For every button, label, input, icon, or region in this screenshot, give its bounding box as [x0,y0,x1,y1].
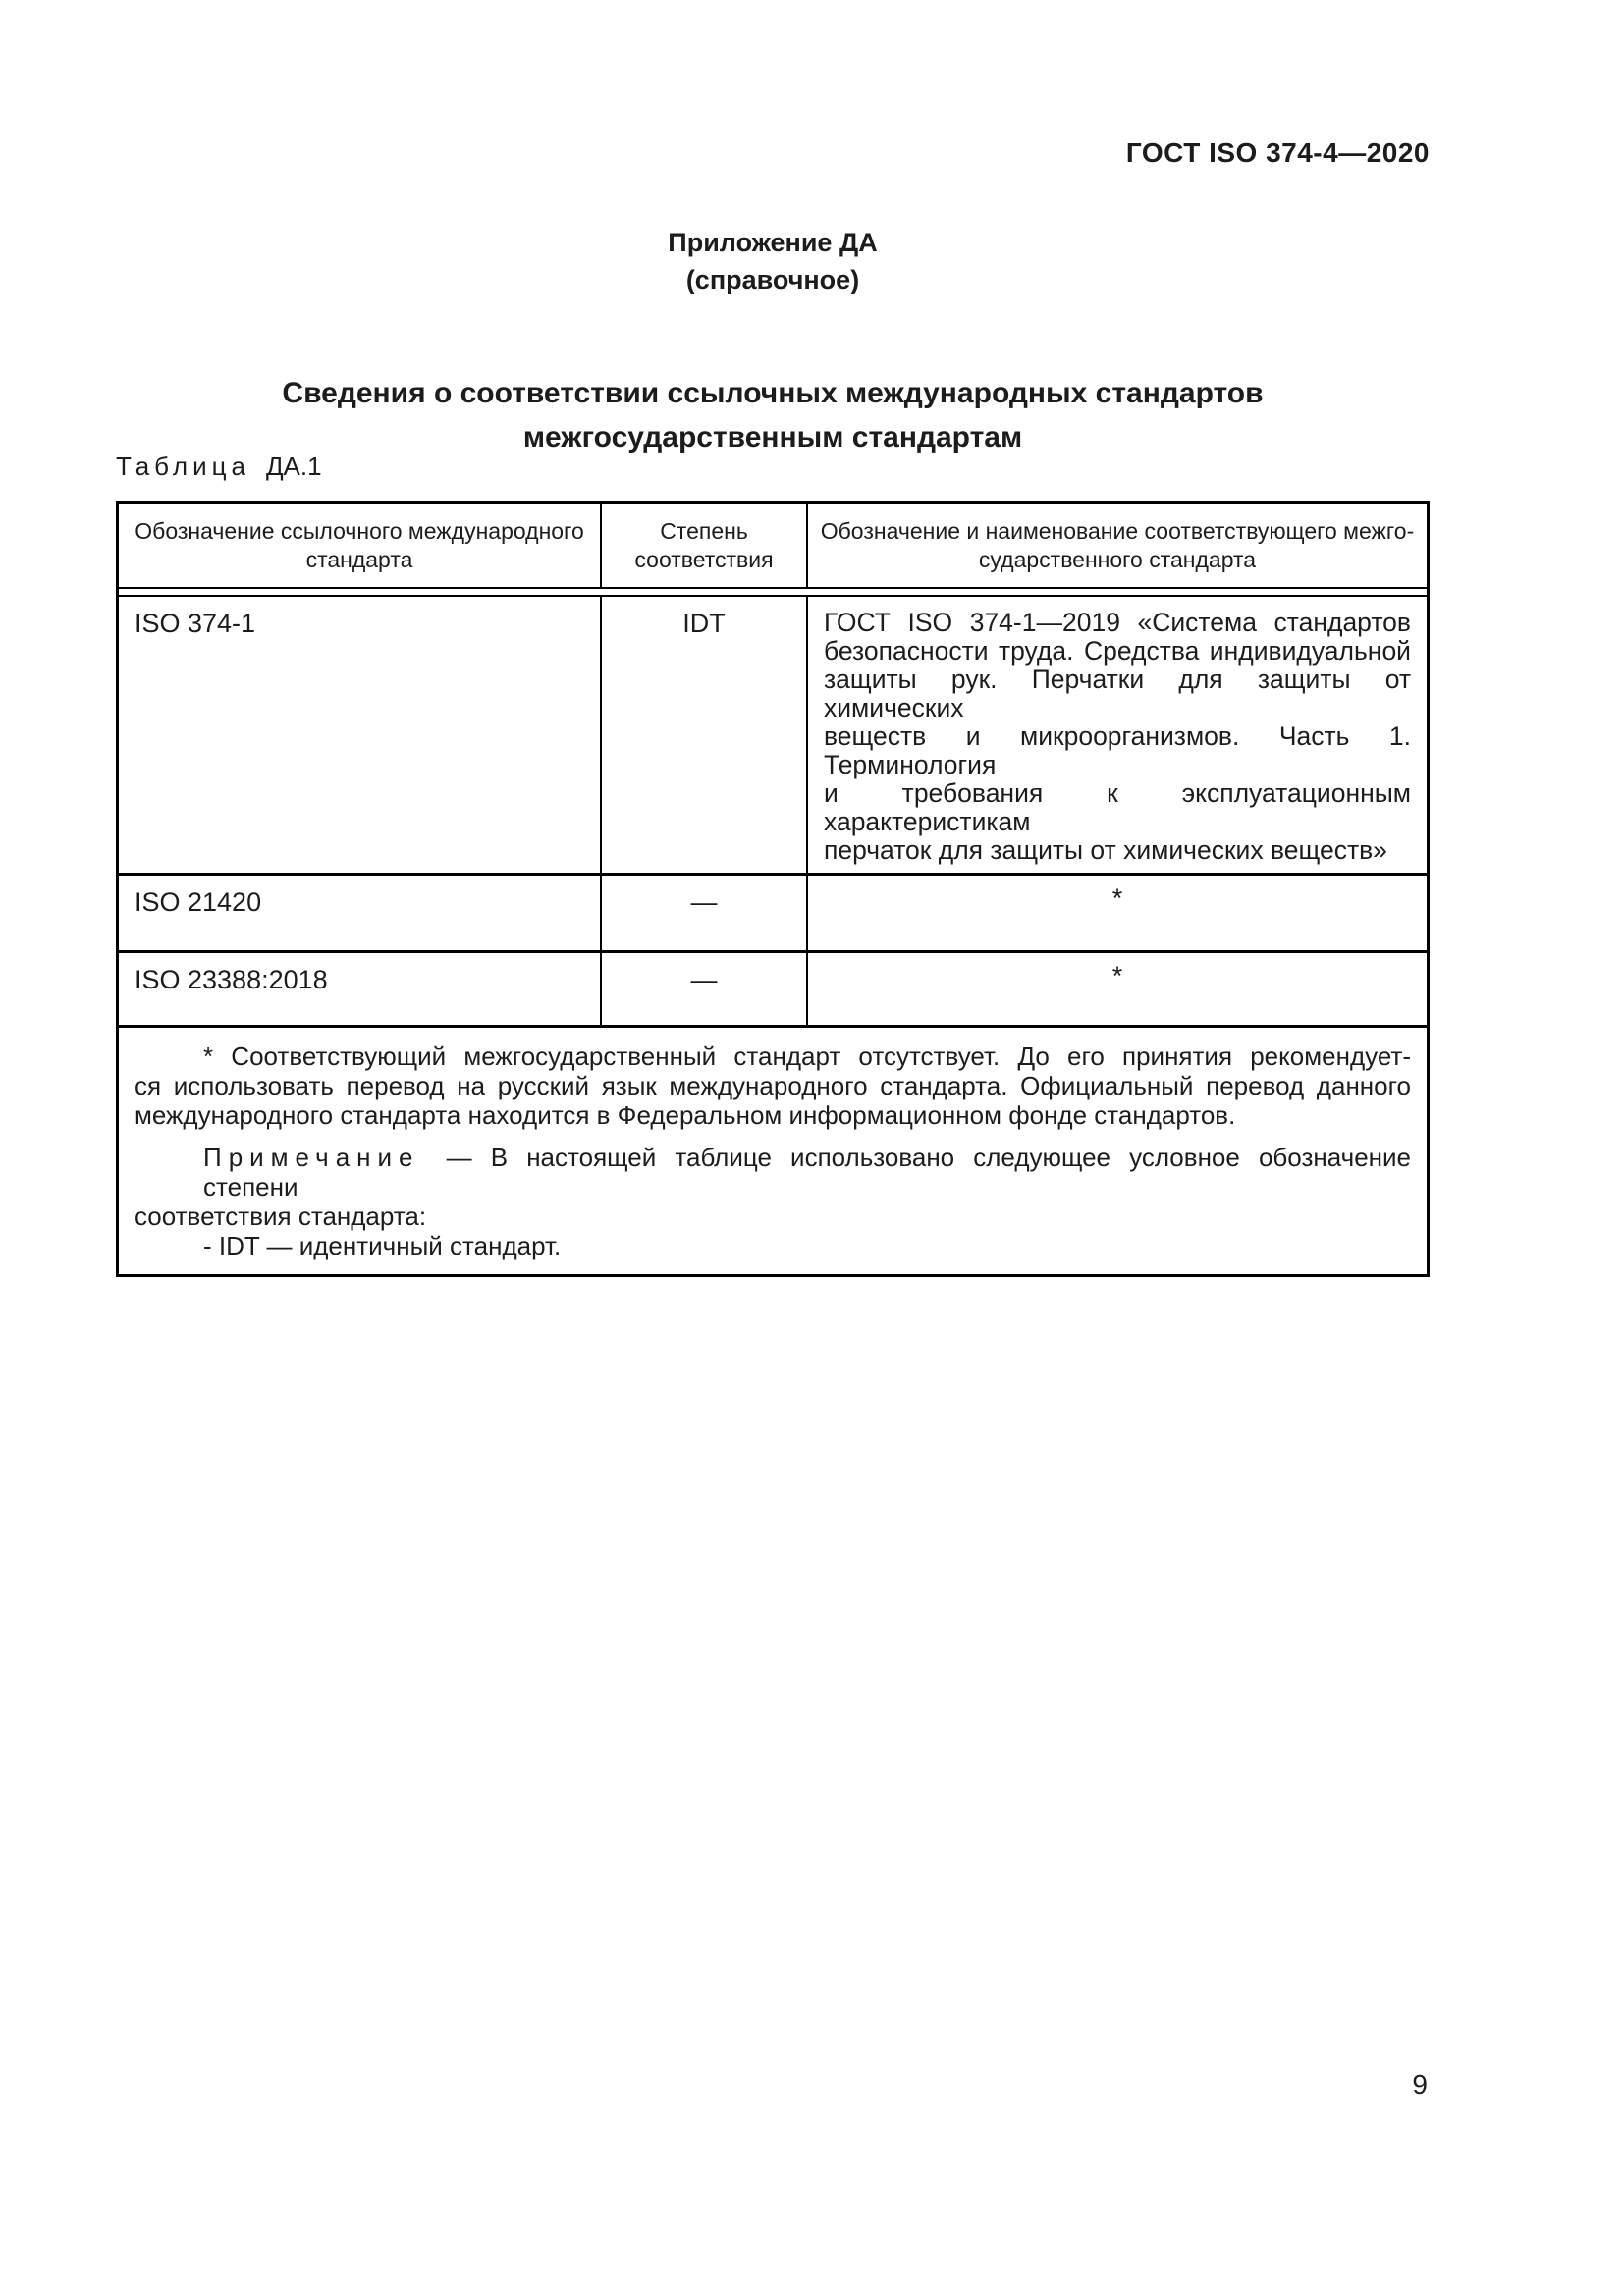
cell-reference-standard: ISO 374-1 [119,597,602,873]
cell-reference-standard: ISO 21420 [119,876,602,950]
note-line: соответствия стандарта: [135,1201,1411,1231]
table-caption: ТаблицаДА.1 [116,452,322,482]
cell-interstate-standard: ГОСТ ISO 374-1—2019 «Система стандартов … [808,597,1427,873]
cell-interstate-standard: * [808,953,1427,1025]
running-header: ГОСТ ISO 374-4—2020 [1126,137,1430,169]
table-row: ISO 374-1 IDT ГОСТ ISO 374-1—2019 «Систе… [119,597,1427,873]
cell-reference-standard: ISO 23388:2018 [119,953,602,1025]
interstate-line: и требования к эксплуатационным характер… [824,779,1411,836]
appendix-heading: Приложение ДА (справочное) [116,224,1430,298]
document-page: ГОСТ ISO 374-4—2020 Приложение ДА (справ… [0,0,1624,2296]
column-header-interstate-standard: Обозначение и наименование соответствующ… [808,504,1427,587]
note-item: - IDT — идентичный стандарт. [135,1231,1411,1260]
cell-degree: — [602,876,808,950]
section-title: Сведения о соответствии ссылочных междун… [116,371,1430,459]
cell-interstate-standard: * [808,876,1427,950]
footnote-line: международного стандарта находится в Фед… [135,1100,1411,1130]
footnote-line: ся использовать перевод на русский язык … [135,1071,1411,1100]
note-line: Примечание — В настоящей таблице использ… [135,1143,1411,1201]
appendix-subtitle: (справочное) [116,261,1430,298]
page-number: 9 [1412,2069,1428,2101]
table-row: ISO 21420 — * [119,873,1427,950]
column-header-degree: Степень соответствия [602,504,808,587]
footnote-line: * Соответствующий межгосударственный ста… [135,1041,1411,1071]
note-label: Примечание [203,1143,420,1172]
correspondence-table: Обозначение ссылочного международного ст… [116,501,1430,1277]
section-title-line1: Сведения о соответствии ссылочных междун… [116,371,1430,415]
table-footnotes: * Соответствующий межгосударственный ста… [119,1025,1427,1274]
appendix-title: Приложение ДА [116,224,1430,261]
column-header-reference-standard: Обозначение ссылочного международного ст… [119,504,602,587]
interstate-line: защиты рук. Перчатки для защиты от химич… [824,666,1411,722]
interstate-line: безопасности труда. Средства индивидуаль… [824,637,1411,666]
header-double-rule [119,587,1427,597]
table-caption-number: ДА.1 [266,452,322,481]
table-header-row: Обозначение ссылочного международного ст… [119,504,1427,587]
cell-degree: IDT [602,597,808,873]
interstate-line: ГОСТ ISO 374-1—2019 «Система стандартов [824,609,1411,637]
interstate-line: веществ и микроорганизмов. Часть 1. Терм… [824,722,1411,779]
cell-degree: — [602,953,808,1025]
table-row: ISO 23388:2018 — * [119,950,1427,1025]
table-caption-label: Таблица [116,452,250,481]
interstate-line: перчаток для защиты от химических вещест… [824,836,1411,865]
